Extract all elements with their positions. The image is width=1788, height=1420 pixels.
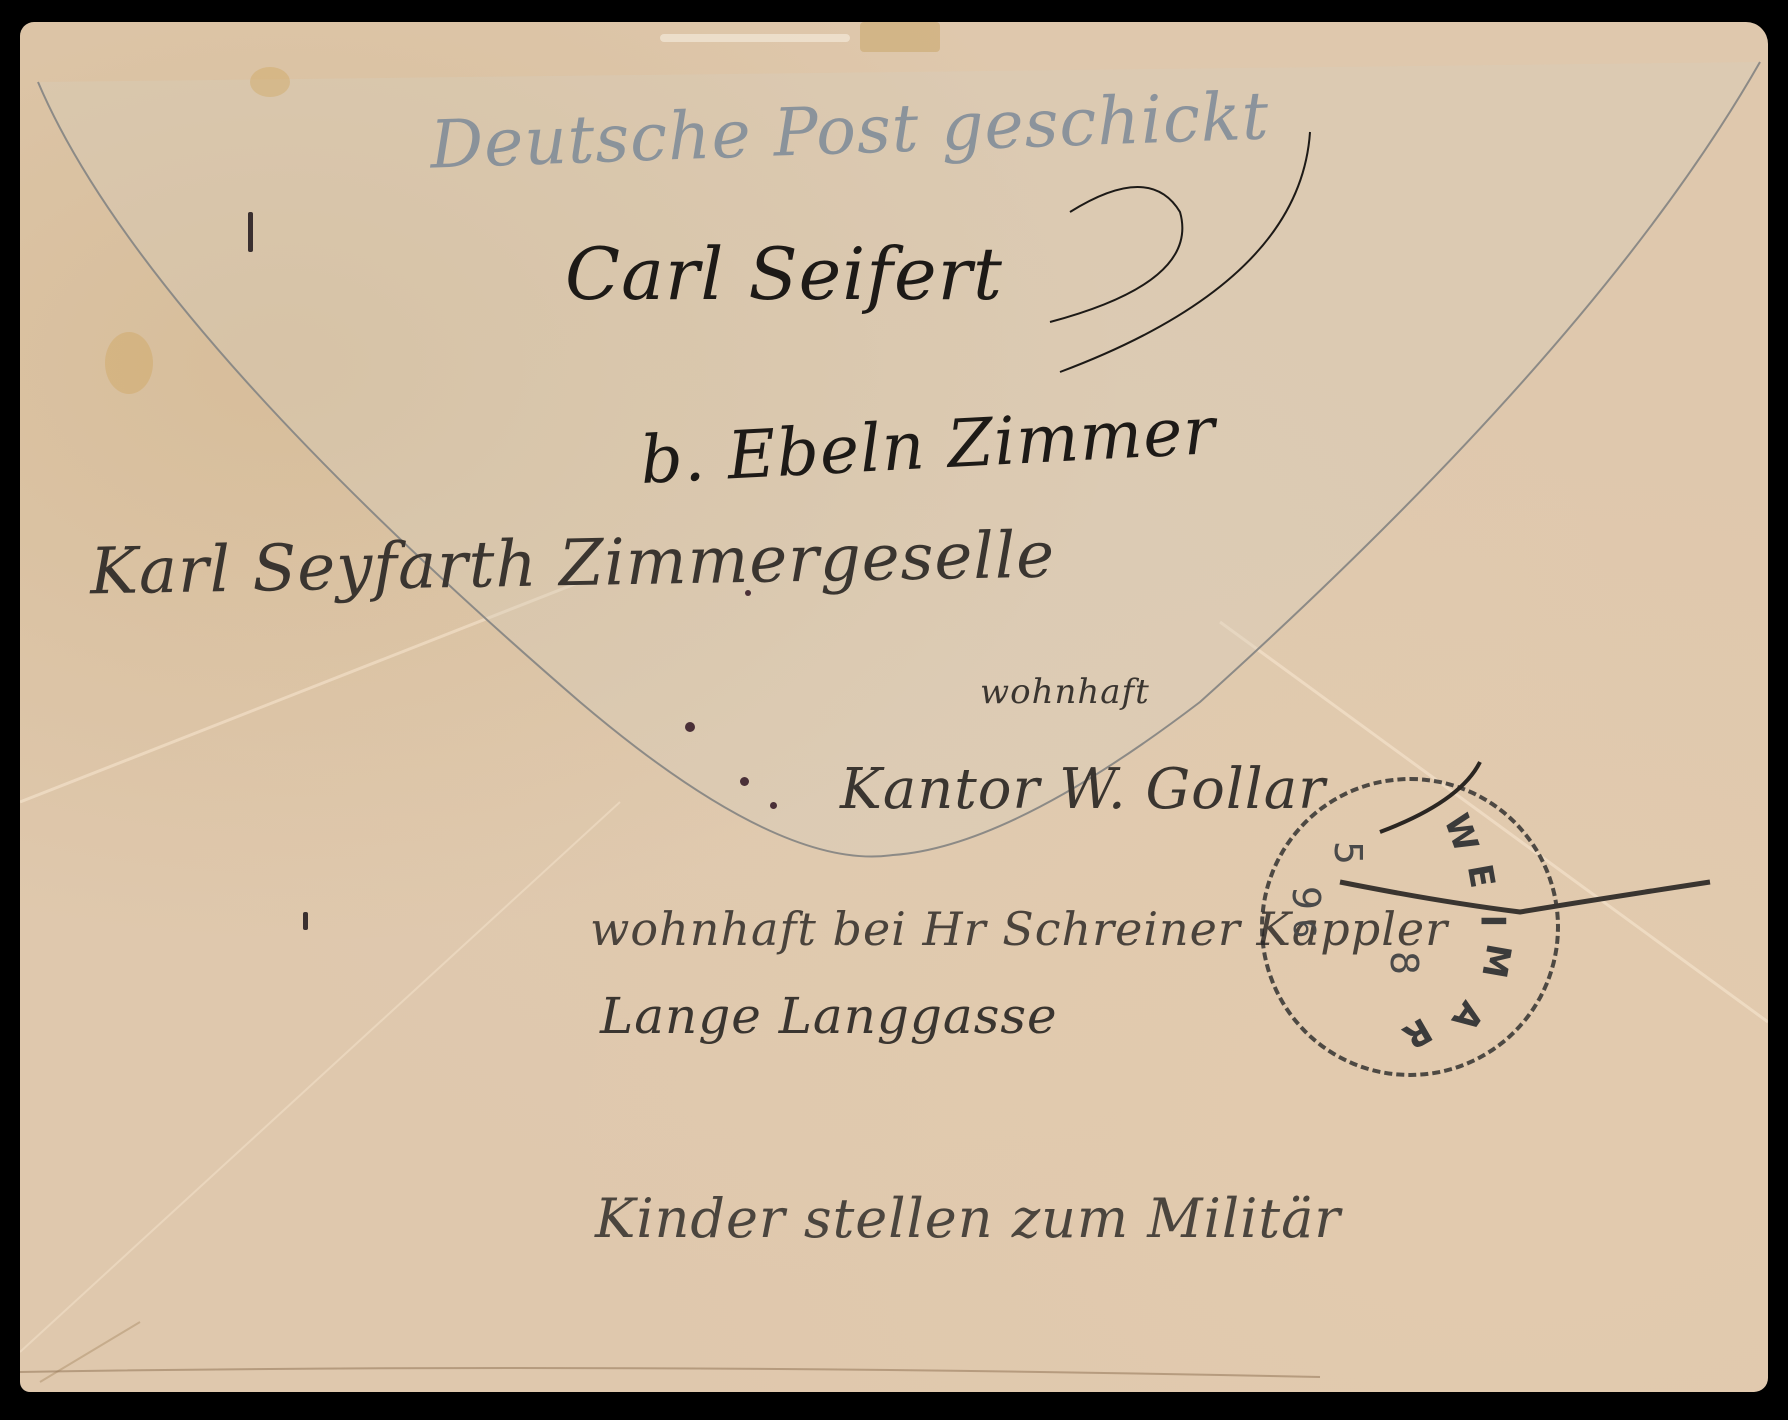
pen-flourish-stamp	[20, 22, 1768, 1392]
envelope: Deutsche Post geschickt Carl Seifert b. …	[20, 22, 1768, 1392]
